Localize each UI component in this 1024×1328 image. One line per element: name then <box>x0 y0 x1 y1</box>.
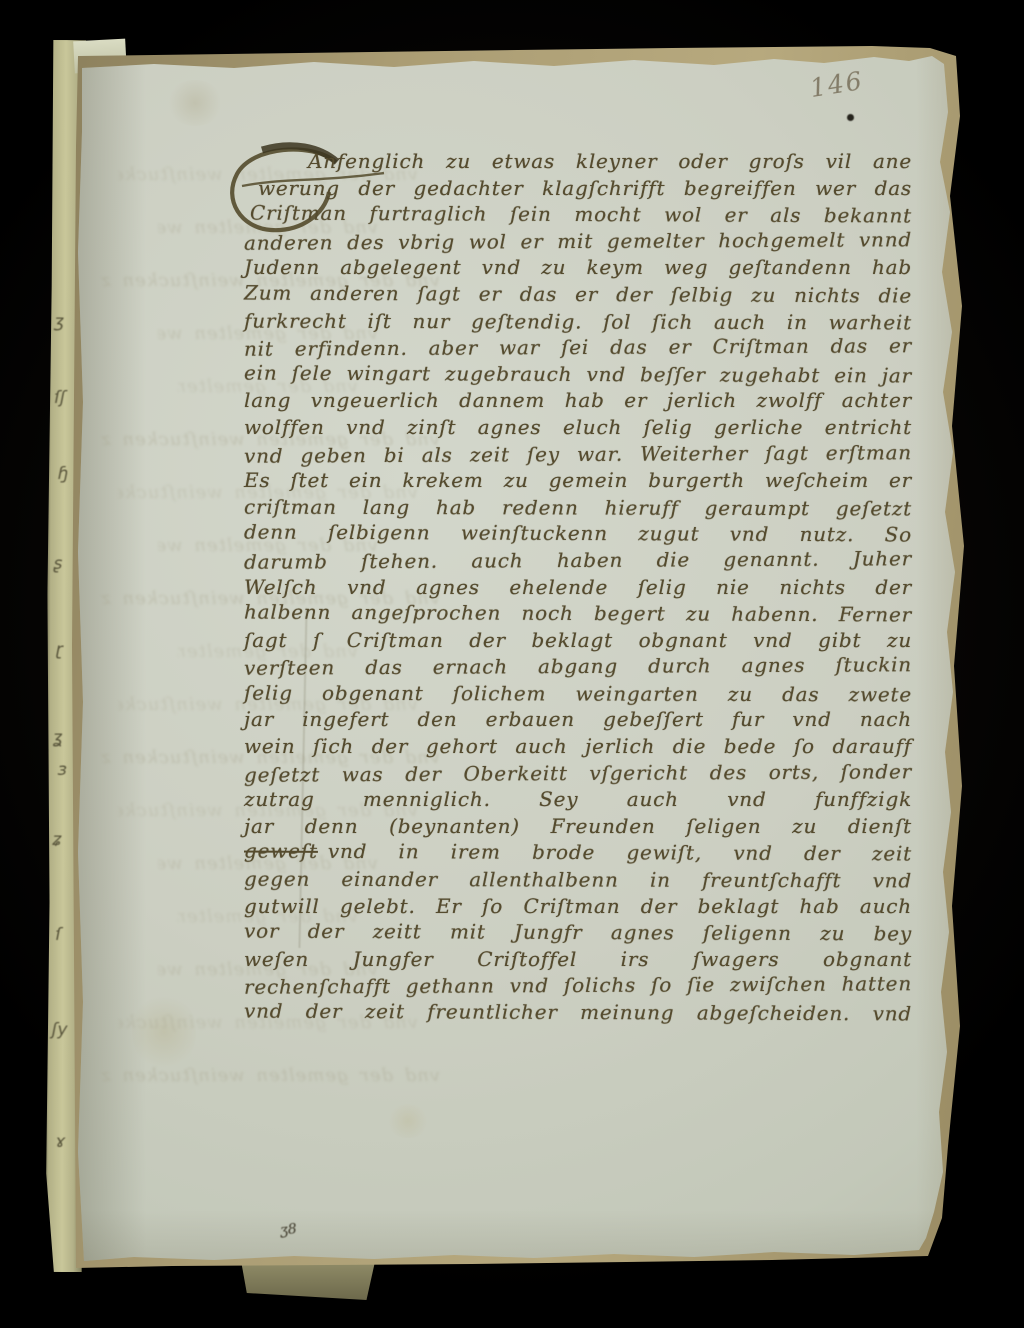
text-line: verſteen das ernach abgang durch agnes ſ… <box>244 652 912 682</box>
text-line: wolffen vnd zinſt agnes eluch ſelig gerl… <box>244 414 912 441</box>
text-line: vor der zeitt mit Jungfr agnes ſeligenn … <box>244 918 912 948</box>
text-line: Judenn abgelegent vnd zu keym weg geſtan… <box>244 254 912 281</box>
text-line: criſtman lang hab redenn hieruff geraump… <box>244 493 912 521</box>
strip-ink-mark: ʑ <box>52 830 61 850</box>
text-line: denn ſelbigenn weinſtuckenn zugut vnd nu… <box>244 519 912 549</box>
text-line: Criſtman furtraglich ſein mocht wol er a… <box>244 200 912 230</box>
text-line: rechenſchafft gethann vnd ſolichs ſo ſie… <box>244 971 912 1001</box>
strip-ink-mark: ſʃ <box>54 388 66 408</box>
strip-ink-mark: ɽ <box>56 640 64 660</box>
text-line: furkrecht iſt nur geſtendig. ſol ſich au… <box>244 307 912 335</box>
text-line: ſagt ſ Criſtman der beklagt obgnant vnd … <box>244 627 912 654</box>
text-line: jar ingefert den erbauen gebeſſert fur v… <box>244 706 912 733</box>
text-line: ſelig obgenant ſolichem weingarten zu da… <box>244 680 912 708</box>
text-line: nit erfindenn. aber war ſei das er Criſt… <box>244 332 912 362</box>
strip-ink-mark: ɧ <box>58 464 69 484</box>
paper-stain <box>166 80 224 126</box>
text-line: werung der gedachter klagſchrifft begrei… <box>244 175 912 202</box>
text-line: Es ſtet ein krekem zu gemein burgerth we… <box>244 467 912 494</box>
text-line: anderen des vbrig wol er mit gemelter ho… <box>244 226 912 256</box>
bleedthrough-line: vnd der gemelten weinſtucken zu gut vnd … <box>100 1065 440 1118</box>
strip-ink-mark: ʃy <box>52 1020 68 1040</box>
text-line: halbenn angeſprochen noch begert zu habe… <box>244 599 912 629</box>
text-line: Anfenglich zu etwas kleyner oder groſs v… <box>244 148 912 175</box>
text-line: vnd geben bi als zeit ſey war. Weiterher… <box>244 439 912 469</box>
text-line: darumb ſtehen. auch haben die genannt. J… <box>244 545 912 575</box>
ink-dot <box>847 114 854 121</box>
strip-ink-mark: ɤ <box>55 1132 65 1152</box>
text-line: vnd der zeit freuntlicher meinung abgeſc… <box>244 998 912 1028</box>
manuscript-page: vnd der gemelten weinſtucken zu gut vnd … <box>74 52 962 1270</box>
text-line: Zum anderen ſagt er das er der ſelbig zu… <box>244 280 912 310</box>
struck-word: geweſt <box>244 839 318 863</box>
text-block: Anfenglich zu etwas kleyner oder groſs v… <box>244 148 912 1026</box>
text-line: weſen Jungfer Criſtoffel irs ſwagers obg… <box>244 946 912 973</box>
text-line: geſetzt was der Oberkeitt vſgericht des … <box>244 758 912 788</box>
text-line: zutrag menniglich. Sey auch vnd funffzig… <box>244 786 912 813</box>
strip-ink-mark: ʒ <box>54 312 64 332</box>
bottom-notation: ʒ8 <box>279 1221 297 1239</box>
text-line: ein ſele wingart zugebrauch vnd beſſer z… <box>244 359 912 389</box>
text-line-rest: vnd in irem brode gewiſt, vnd der zeit <box>328 839 912 866</box>
text-line: geweſtvnd in irem brode gewiſt, vnd der … <box>244 838 912 868</box>
text-line: gutwill gelebt. Er ſo Criſtman der bekla… <box>244 893 912 920</box>
strip-ink-mark: ſ <box>55 925 61 945</box>
text-line: Welſch vnd agnes ehelende ſelig nie nich… <box>244 574 912 601</box>
text-line: jar denn (beynanten) Freunden ſeligen zu… <box>244 813 912 840</box>
text-line: lang vngeuerlich dannem hab er jerlich z… <box>244 387 912 414</box>
folio-number: 146 <box>808 66 866 103</box>
strip-ink-mark: ʓ <box>53 728 63 748</box>
strip-ink-mark: ʂ <box>53 554 62 574</box>
text-line: gegen einander allenthalbenn in freuntſc… <box>244 866 912 894</box>
text-line: wein ſich der gehort auch jerlich die be… <box>244 733 912 760</box>
strip-ink-mark: ɜ <box>58 760 67 780</box>
